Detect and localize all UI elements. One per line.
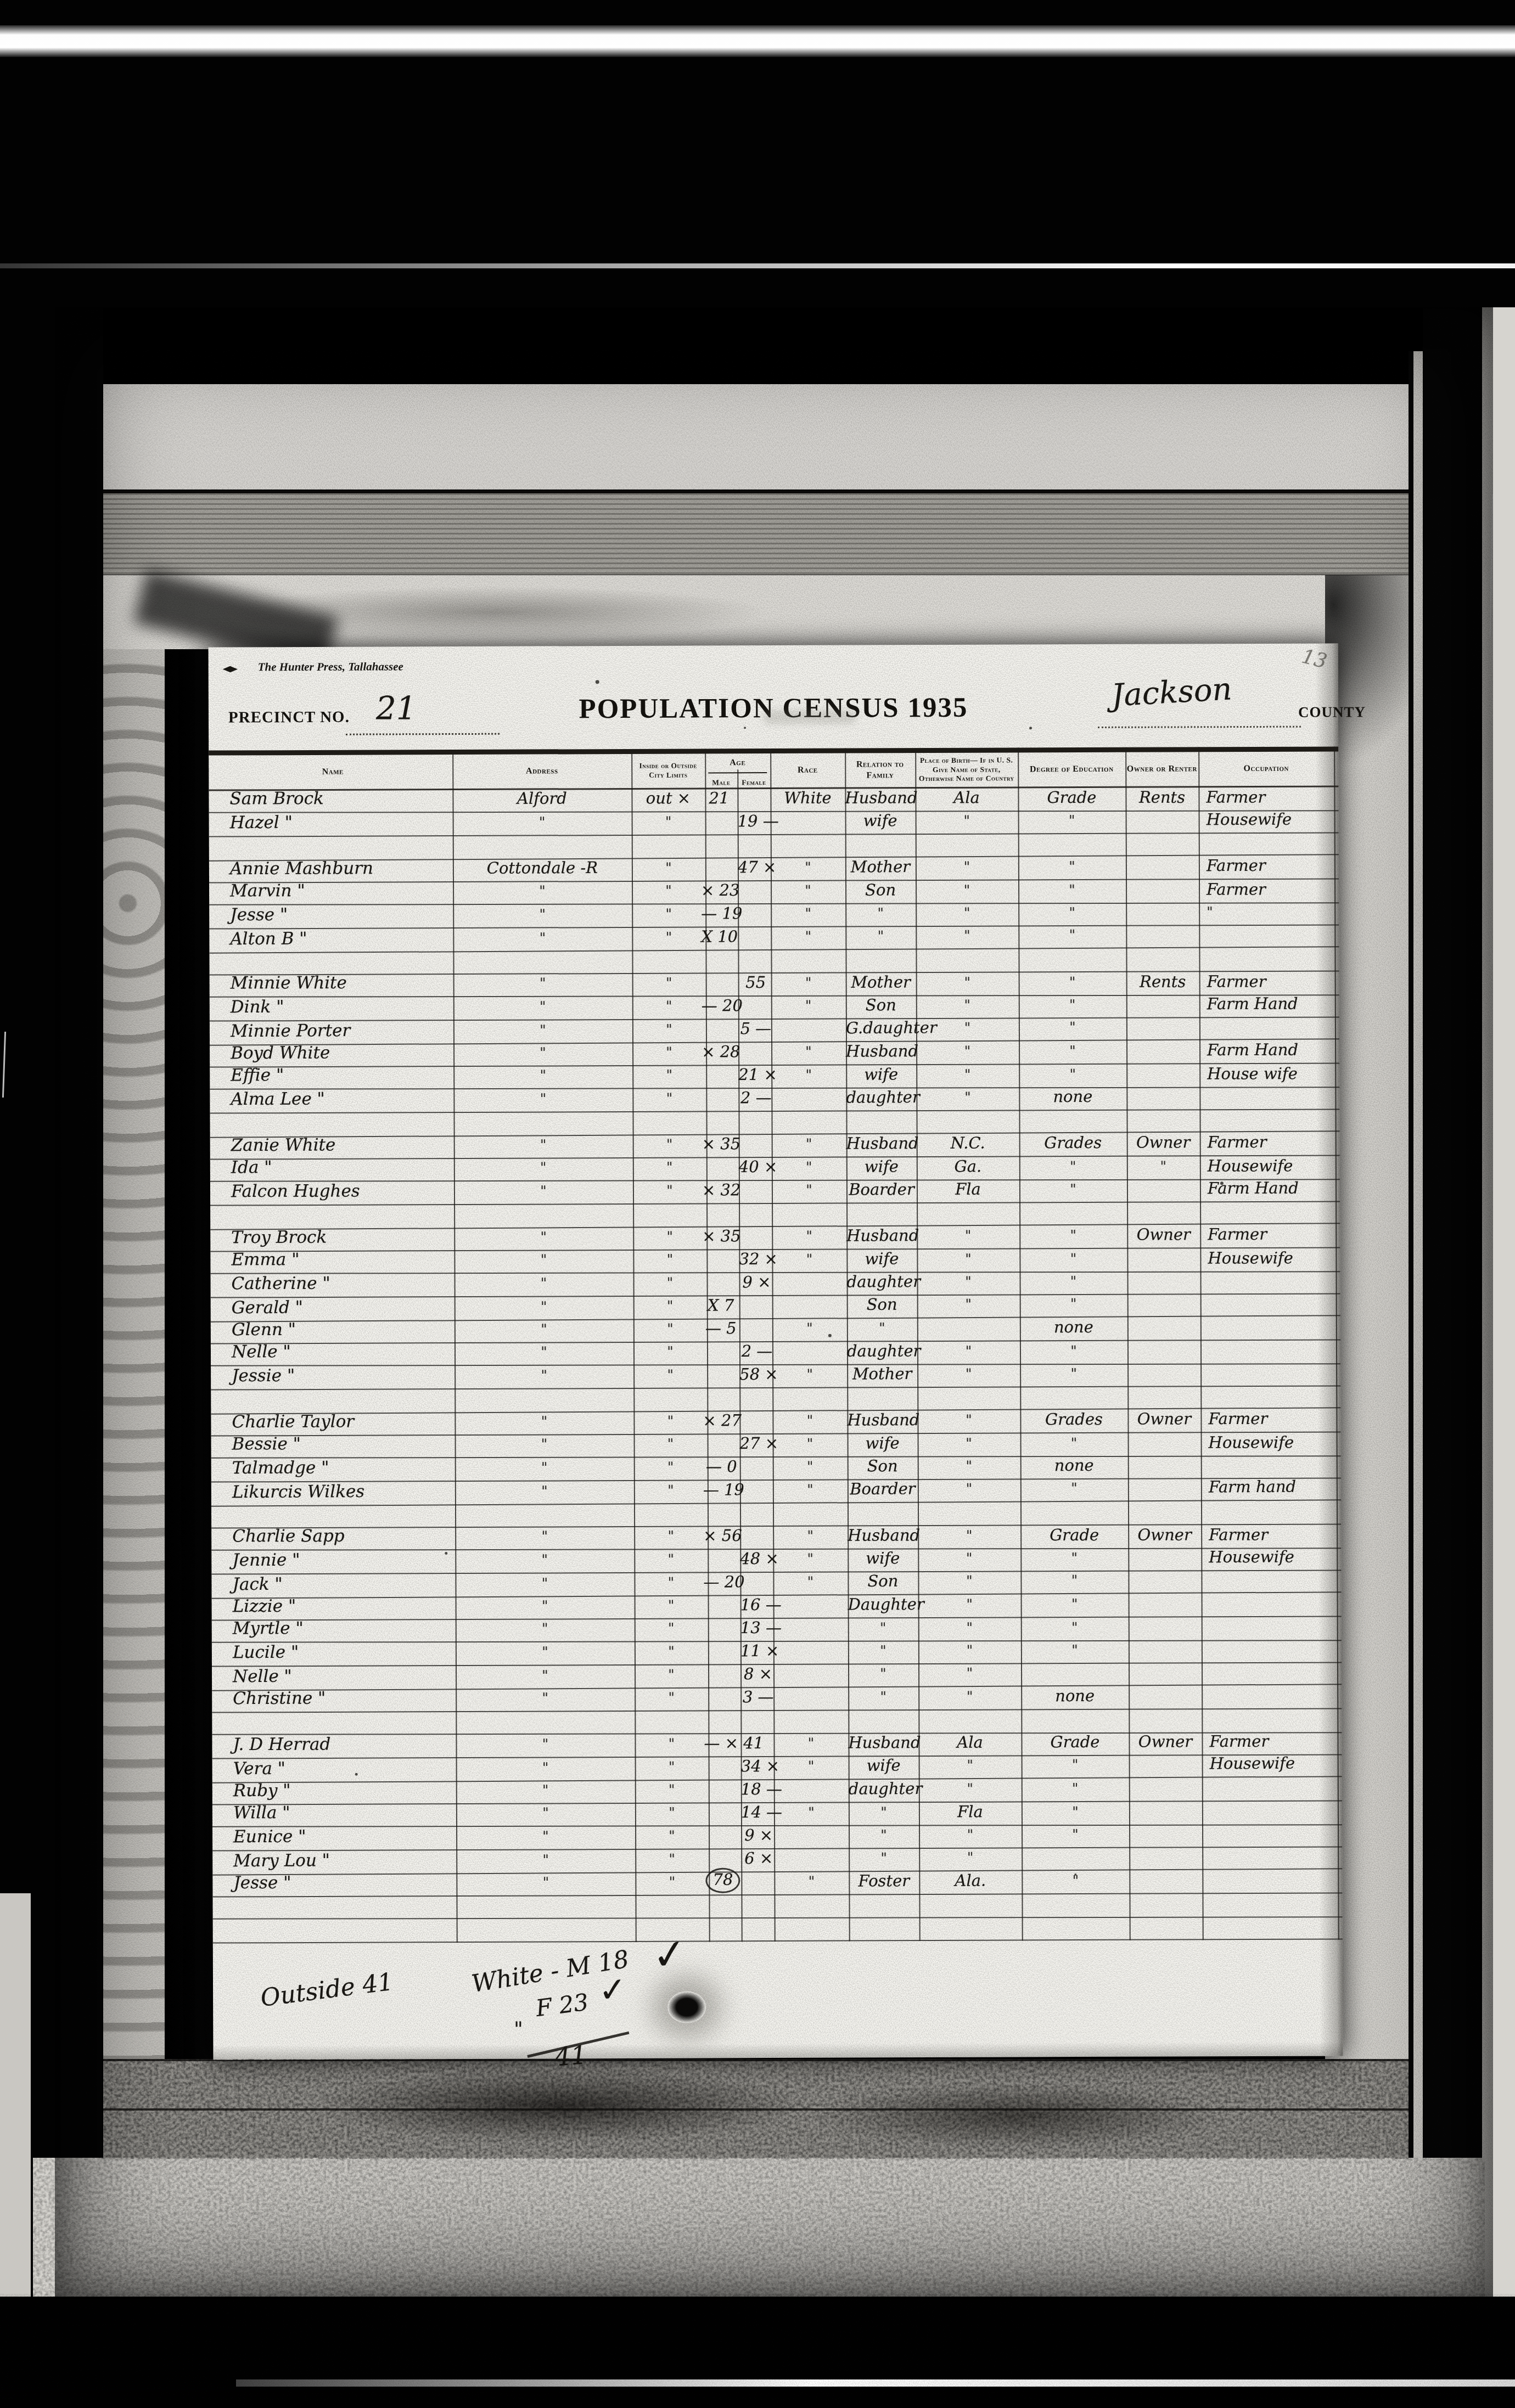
cell-race: " bbox=[771, 905, 845, 921]
cell-address: " bbox=[456, 1759, 635, 1776]
cell-race: White bbox=[770, 789, 845, 807]
cell-relation: wife bbox=[846, 1157, 917, 1175]
column-header-name: Name bbox=[213, 755, 452, 790]
cell-birth: " bbox=[916, 812, 1018, 829]
cell-race: " bbox=[772, 1413, 847, 1428]
cell-race: " bbox=[772, 1320, 847, 1336]
cell-race: " bbox=[771, 998, 846, 1014]
cell-limits: " bbox=[633, 1343, 707, 1359]
cell-birth: " bbox=[918, 1550, 1020, 1566]
cell-birth: " bbox=[916, 858, 1018, 875]
cell-education: " bbox=[1021, 1642, 1129, 1658]
cell-education: " bbox=[1020, 1479, 1128, 1496]
cell-limits: " bbox=[632, 1021, 706, 1038]
cell-relation: " bbox=[849, 1827, 919, 1843]
cell-address: " bbox=[453, 814, 632, 830]
cell-occupation: Farm Hand bbox=[1207, 994, 1298, 1014]
cell-birth: " bbox=[918, 1665, 1021, 1681]
cell-limits: " bbox=[635, 1597, 708, 1613]
column-header-owner: Owner or Renter bbox=[1125, 752, 1198, 786]
cell-limits: " bbox=[635, 1643, 708, 1659]
cell-limits: " bbox=[634, 1459, 708, 1475]
white-female-tally: F 23 bbox=[534, 1989, 590, 2022]
cell-birth: " bbox=[917, 1296, 1020, 1313]
cell-education: " bbox=[1022, 1756, 1129, 1773]
cell-education: " bbox=[1018, 926, 1126, 943]
book-spine-band bbox=[103, 491, 1409, 578]
cell-relation: wife bbox=[846, 1249, 917, 1268]
cell-limits: " bbox=[632, 905, 705, 921]
cell-age_m: × 27 bbox=[703, 1411, 739, 1430]
cell-education: " bbox=[1019, 997, 1126, 1013]
cell-birth: " bbox=[919, 1826, 1022, 1843]
cell-education: " bbox=[1022, 1780, 1129, 1797]
cell-name: Vera " bbox=[233, 1759, 286, 1779]
cell-address: " bbox=[454, 1137, 633, 1153]
blank-row bbox=[213, 1916, 1343, 1943]
census-scan-page: ◆ The Hunter Press, Tallahassee PRECINCT… bbox=[0, 0, 1515, 2408]
cell-birth: " bbox=[916, 927, 1018, 944]
county-label: COUNTY bbox=[1298, 704, 1366, 721]
cell-occupation: Farm Hand bbox=[1207, 1040, 1298, 1060]
cell-name: Jesse " bbox=[230, 905, 288, 925]
film-left-bar bbox=[55, 307, 103, 2297]
cell-education: " bbox=[1019, 1019, 1126, 1035]
cell-address: " bbox=[455, 1482, 634, 1499]
blank-row bbox=[209, 948, 1339, 975]
outside-tally-note: Outside 41 bbox=[259, 1968, 395, 2012]
cell-relation: Boarder bbox=[848, 1479, 918, 1498]
cell-race: " bbox=[773, 1481, 848, 1498]
printer-ornament-icon: ◆ bbox=[223, 663, 238, 674]
cell-relation: Son bbox=[846, 995, 916, 1014]
cell-address: " bbox=[454, 1229, 633, 1245]
book-edge-band bbox=[103, 384, 1409, 490]
cell-relation: wife bbox=[845, 811, 916, 830]
cell-address: " bbox=[453, 998, 632, 1015]
bottom-page-edges-light bbox=[33, 2158, 1485, 2297]
paper-speck bbox=[1029, 727, 1032, 729]
cell-age_f: 27 × bbox=[740, 1434, 775, 1453]
table-row: Marvin """× 23"Son""Farmer bbox=[209, 880, 1339, 905]
cell-birth: " bbox=[918, 1619, 1021, 1635]
column-header-birth: Place of Birth— If in U. S. Give Name of… bbox=[915, 752, 1018, 787]
cell-relation: Daughter bbox=[848, 1595, 918, 1613]
cell-education: " bbox=[1022, 1804, 1129, 1820]
column-header-occupation: Occupation bbox=[1198, 751, 1334, 786]
cell-age_m: × 35 bbox=[702, 1134, 739, 1153]
cell-limits: " bbox=[634, 1482, 708, 1499]
cell-race: " bbox=[771, 1067, 846, 1083]
cell-occupation: Farmer bbox=[1209, 1732, 1269, 1751]
table-header: Name Address Inside or Outside City Limi… bbox=[209, 746, 1338, 791]
cell-address: " bbox=[453, 1090, 632, 1107]
column-header-relation: Relation to Family bbox=[845, 753, 915, 787]
cell-name: Dink " bbox=[231, 997, 284, 1017]
cell-address: " bbox=[454, 1275, 633, 1291]
cell-limits: " bbox=[635, 1873, 709, 1889]
left-page-edge bbox=[103, 649, 165, 2061]
cell-relation: Husband bbox=[848, 1733, 918, 1752]
cell-race: " bbox=[773, 1436, 848, 1451]
cell-relation: wife bbox=[849, 1756, 919, 1775]
cell-birth: " bbox=[916, 997, 1019, 1013]
cell-relation: Foster bbox=[849, 1871, 919, 1890]
cell-limits: " bbox=[632, 1067, 706, 1083]
cell-address: " bbox=[454, 1183, 633, 1199]
cell-age_m: — 20 bbox=[702, 996, 738, 1015]
cell-relation: wife bbox=[846, 1065, 916, 1083]
cell-limits: " bbox=[635, 1851, 709, 1867]
cell-education: " bbox=[1019, 1158, 1127, 1174]
cell-name: Jessie " bbox=[232, 1366, 295, 1386]
cell-education: none bbox=[1019, 1087, 1126, 1106]
cell-limits: " bbox=[633, 1228, 706, 1244]
cell-education: " bbox=[1020, 1343, 1127, 1359]
cell-education: " bbox=[1020, 1572, 1128, 1588]
cell-race: " bbox=[773, 1551, 848, 1567]
cell-race: " bbox=[773, 1735, 848, 1751]
cell-birth: " bbox=[919, 1757, 1022, 1774]
cell-address: " bbox=[453, 1044, 632, 1061]
cell-name: Zanie White bbox=[231, 1135, 336, 1155]
cell-race: " bbox=[774, 1873, 849, 1889]
cell-name: Charlie Sapp bbox=[232, 1526, 344, 1546]
circled-value: 78 bbox=[705, 1868, 740, 1893]
cell-age_f: 6 × bbox=[741, 1849, 776, 1867]
cell-occupation: Farmer bbox=[1207, 856, 1266, 875]
cell-limits: " bbox=[632, 975, 706, 991]
cell-name: Glenn " bbox=[232, 1320, 296, 1340]
cell-education: none bbox=[1021, 1686, 1129, 1706]
cell-birth: Ga. bbox=[917, 1157, 1019, 1175]
film-scratch bbox=[2, 1032, 6, 1098]
table-row: Troy Brock""× 35"Husband""OwnerFarmer bbox=[210, 1225, 1340, 1252]
paper-speck bbox=[1220, 1182, 1224, 1185]
cell-relation: Son bbox=[847, 1295, 917, 1314]
cell-education: " bbox=[1019, 1066, 1126, 1082]
cell-education: " bbox=[1020, 1273, 1127, 1290]
cell-address: " bbox=[456, 1736, 635, 1752]
county-value: Jackson bbox=[1110, 671, 1233, 713]
cell-relation: " bbox=[848, 1642, 918, 1658]
cell-relation: Son bbox=[848, 1456, 918, 1475]
table-row: Zanie White""× 35"HusbandN.C.GradesOwner… bbox=[210, 1133, 1340, 1160]
cell-address: " bbox=[453, 1067, 632, 1083]
cell-education: " bbox=[1018, 882, 1126, 898]
cell-age_f: 21 × bbox=[738, 1065, 773, 1084]
cell-name: Jennie " bbox=[232, 1550, 300, 1570]
cell-relation: Mother bbox=[847, 1364, 917, 1383]
table-row: Jesse """78"FosterAla." bbox=[212, 1870, 1342, 1897]
cell-race: " bbox=[774, 1804, 849, 1820]
table-row: Christine """3 —""none bbox=[212, 1686, 1342, 1713]
cell-address: Cottondale -R bbox=[453, 858, 632, 877]
cell-name: Myrtle " bbox=[233, 1618, 304, 1638]
cell-address: " bbox=[456, 1874, 635, 1891]
cell-name: Bessie " bbox=[232, 1434, 301, 1454]
cell-name: Jack " bbox=[232, 1574, 282, 1595]
cell-age_f: 9 × bbox=[739, 1273, 774, 1291]
cell-age_m: — × 41 bbox=[704, 1734, 740, 1752]
left-bottom-edge bbox=[0, 1893, 31, 2297]
cell-birth: " bbox=[916, 1066, 1019, 1082]
cell-owner: Owner bbox=[1128, 1526, 1201, 1544]
cell-name: Catherine " bbox=[231, 1274, 330, 1294]
cell-birth: N.C. bbox=[917, 1133, 1019, 1152]
cell-age_m: 78 bbox=[704, 1868, 741, 1893]
cell-relation: G.daughter bbox=[846, 1018, 916, 1037]
table-row: Bessie """27 ×"wife""Housewife bbox=[211, 1433, 1341, 1459]
cell-address: " bbox=[455, 1574, 634, 1591]
cell-race: " bbox=[771, 928, 845, 944]
paper-speck bbox=[744, 727, 746, 729]
cell-education: Grade bbox=[1021, 1732, 1129, 1752]
cell-relation: Husband bbox=[846, 1134, 917, 1152]
cell-relation: " bbox=[847, 1320, 917, 1336]
table-row: Minnie White""55"Mother""RentsFarmer bbox=[210, 972, 1339, 998]
cell-address: " bbox=[454, 1298, 633, 1315]
film-white-band bbox=[0, 25, 1515, 57]
column-header-limits: Inside or Outside City Limits bbox=[631, 753, 705, 787]
cell-limits: " bbox=[635, 1781, 709, 1797]
blank-row bbox=[212, 1710, 1342, 1735]
cell-relation: daughter bbox=[847, 1341, 917, 1360]
cell-age_f: 16 — bbox=[740, 1595, 776, 1614]
cell-age_m: — 5 bbox=[703, 1319, 739, 1337]
precinct-value: 21 bbox=[376, 689, 417, 727]
cell-birth: " bbox=[916, 974, 1019, 990]
cell-limits: " bbox=[634, 1436, 708, 1451]
cell-education: " bbox=[1020, 1365, 1127, 1382]
cell-birth: " bbox=[916, 1020, 1019, 1036]
table-row: Ruby """18 —daughter"" bbox=[212, 1778, 1342, 1805]
paper-speck bbox=[355, 1773, 358, 1776]
cell-address: " bbox=[454, 1251, 633, 1268]
cell-limits: " bbox=[632, 998, 706, 1014]
cell-birth: Fla bbox=[917, 1179, 1019, 1199]
cell-age_f: 34 × bbox=[741, 1757, 776, 1775]
cell-name: Alma Lee " bbox=[231, 1089, 325, 1110]
right-frame-sliver bbox=[1413, 351, 1423, 2297]
cell-occupation: Farmer bbox=[1208, 1225, 1267, 1244]
cell-address: " bbox=[453, 1021, 632, 1038]
cell-education: " bbox=[1019, 1251, 1127, 1267]
cell-address: " bbox=[455, 1459, 634, 1476]
county-underline bbox=[1098, 726, 1301, 728]
cell-relation: Husband bbox=[846, 1226, 917, 1245]
cell-education: none bbox=[1020, 1456, 1128, 1475]
cell-age_m: — 19 bbox=[701, 904, 738, 922]
census-form: ◆ The Hunter Press, Tallahassee PRECINCT… bbox=[209, 643, 1343, 2060]
cell-name: Willa " bbox=[233, 1803, 290, 1822]
cell-owner: Owner bbox=[1127, 1133, 1200, 1151]
table-row: Emma """32 ×"wife""Housewife bbox=[210, 1249, 1340, 1274]
table-row: Lizzie """16 —Daughter"" bbox=[212, 1594, 1342, 1621]
cell-education: " bbox=[1018, 812, 1126, 829]
cell-address: " bbox=[453, 975, 632, 991]
cell-limits: " bbox=[635, 1827, 709, 1843]
cell-address: " bbox=[456, 1690, 635, 1706]
cell-address: " bbox=[456, 1597, 635, 1614]
table-row: Willa """14 —""Fla" bbox=[212, 1802, 1342, 1827]
cell-address: " bbox=[456, 1782, 635, 1798]
cell-age_f: 55 bbox=[738, 973, 773, 992]
film-right-edge bbox=[1482, 307, 1515, 2297]
column-header-education: Degree of Education bbox=[1018, 752, 1125, 787]
cell-race: " bbox=[773, 1528, 848, 1544]
cell-race: " bbox=[773, 1459, 848, 1475]
cell-occupation: Farmer bbox=[1208, 1409, 1267, 1428]
table-row: Annie MashburnCottondale -R"47 ×"Mother"… bbox=[209, 856, 1339, 883]
cell-address: " bbox=[456, 1828, 635, 1844]
cell-name: Alton B " bbox=[230, 929, 307, 949]
cell-address: " bbox=[456, 1804, 635, 1821]
cell-name: Marvin " bbox=[230, 881, 305, 901]
cell-birth: " bbox=[916, 904, 1018, 921]
cell-birth: " bbox=[916, 1089, 1019, 1105]
table-row: Sam BrockAlfordout ×21WhiteHusbandAlaGra… bbox=[209, 788, 1338, 813]
cell-occupation: Housewife bbox=[1208, 1156, 1293, 1175]
cell-name: Jesse " bbox=[233, 1873, 291, 1893]
cell-age_f: 32 × bbox=[739, 1250, 774, 1268]
bottom-page-edges bbox=[103, 2059, 1409, 2160]
cell-relation: " bbox=[845, 905, 916, 921]
cell-race: " bbox=[772, 1182, 846, 1198]
cell-occupation: Farmer bbox=[1206, 787, 1265, 806]
cell-relation: Son bbox=[845, 880, 916, 899]
cell-limits: " bbox=[633, 1413, 707, 1428]
cell-race: " bbox=[771, 1044, 846, 1060]
cell-address: " bbox=[456, 1620, 635, 1636]
cell-address: " bbox=[456, 1851, 635, 1868]
cell-education: " bbox=[1018, 904, 1126, 921]
cell-relation: Boarder bbox=[846, 1180, 917, 1199]
cell-relation: Husband bbox=[847, 1410, 917, 1429]
cell-education: Grade bbox=[1018, 788, 1125, 807]
cell-birth: " bbox=[918, 1458, 1020, 1474]
cell-limits: " bbox=[635, 1759, 709, 1775]
cell-address: Alford bbox=[452, 789, 631, 808]
cell-age_f: 18 — bbox=[741, 1780, 776, 1798]
smudge bbox=[763, 710, 856, 724]
cell-limits: " bbox=[632, 1090, 706, 1106]
cell-race: " bbox=[772, 1136, 846, 1152]
precinct-underline bbox=[346, 733, 500, 735]
cell-education: Grades bbox=[1019, 1133, 1127, 1152]
cell-limits: out × bbox=[631, 789, 705, 807]
cell-race: " bbox=[771, 859, 845, 875]
cell-age_f: 58 × bbox=[739, 1365, 775, 1383]
right-frame-line bbox=[1409, 351, 1413, 2297]
cell-race: " bbox=[774, 1758, 849, 1774]
cell-owner: Owner bbox=[1127, 1225, 1200, 1244]
cell-limits: " bbox=[633, 1274, 707, 1290]
cell-age_m: — 19 bbox=[703, 1480, 740, 1499]
cell-name: J. D Herrad bbox=[233, 1735, 330, 1755]
cell-age_f: 47 × bbox=[738, 858, 773, 876]
cell-name: Talmadge " bbox=[232, 1458, 329, 1478]
printer-mark: The Hunter Press, Tallahassee bbox=[258, 660, 403, 674]
film-right-bar bbox=[1423, 307, 1482, 2297]
cell-address: " bbox=[453, 929, 632, 946]
cell-race: " bbox=[773, 1573, 848, 1590]
cell-race: " bbox=[772, 1366, 847, 1382]
cell-birth: " bbox=[918, 1527, 1020, 1543]
cell-education: Grade bbox=[1020, 1526, 1128, 1544]
cell-relation: wife bbox=[848, 1433, 918, 1452]
cell-age_m: — 0 bbox=[703, 1457, 740, 1476]
cell-birth: " bbox=[917, 1411, 1020, 1428]
cell-occupation: Housewife bbox=[1209, 1433, 1294, 1451]
cell-limits: " bbox=[633, 1159, 706, 1175]
table-body: Sam BrockAlfordout ×21WhiteHusbandAlaGra… bbox=[209, 787, 1342, 1943]
cell-limits: " bbox=[632, 1044, 706, 1060]
cell-education: " bbox=[1019, 1181, 1127, 1197]
cell-limits: " bbox=[633, 1298, 707, 1314]
cell-birth: " bbox=[919, 1780, 1022, 1797]
cell-age_m: × 56 bbox=[703, 1526, 740, 1545]
cell-name: Effie " bbox=[231, 1065, 284, 1085]
cell-birth: " bbox=[918, 1435, 1020, 1451]
cell-birth: " bbox=[919, 1849, 1022, 1866]
cell-owner: Rents bbox=[1126, 972, 1199, 991]
cell-address: " bbox=[454, 1159, 633, 1175]
cell-age_m: 21 bbox=[700, 789, 737, 807]
cell-age_f: 48 × bbox=[740, 1549, 775, 1568]
cell-age_f: 40 × bbox=[739, 1157, 774, 1176]
cell-name: Sam Brock bbox=[229, 789, 323, 808]
cell-limits: " bbox=[632, 813, 705, 829]
cell-birth: " bbox=[918, 1573, 1020, 1589]
tally-total: 41 bbox=[554, 2040, 588, 2072]
cell-name: Falcon Hughes bbox=[231, 1181, 360, 1201]
cell-relation: Son bbox=[848, 1571, 918, 1590]
cell-name: Ruby " bbox=[233, 1781, 291, 1801]
cell-occupation: House wife bbox=[1207, 1064, 1298, 1083]
cell-race: " bbox=[772, 1159, 846, 1175]
cell-age_f: 3 — bbox=[740, 1687, 776, 1706]
cell-birth: " bbox=[916, 1043, 1019, 1059]
cell-race: " bbox=[771, 975, 846, 991]
cell-limits: " bbox=[633, 1136, 706, 1152]
cell-age_m: × 23 bbox=[701, 881, 738, 899]
cell-age_m: — 20 bbox=[703, 1572, 740, 1591]
cell-birth: " bbox=[917, 1251, 1019, 1267]
cell-education: " bbox=[1019, 1227, 1127, 1244]
cell-address: " bbox=[454, 1413, 633, 1430]
precinct-label: PRECINCT NO. bbox=[228, 708, 350, 727]
cell-age_m: × 32 bbox=[702, 1180, 739, 1199]
cell-name: Mary Lou " bbox=[233, 1850, 330, 1871]
cell-owner: Owner bbox=[1129, 1732, 1202, 1751]
cell-name: Minnie Porter bbox=[231, 1021, 351, 1041]
blank-row bbox=[212, 1894, 1342, 1920]
table-row: Nelle """2 —daughter"" bbox=[211, 1341, 1340, 1366]
cell-occupation: Farmer bbox=[1207, 972, 1266, 991]
cell-education: Grades bbox=[1020, 1410, 1127, 1429]
checkmark-icon: ✓ bbox=[649, 1928, 689, 1981]
cell-age_f: 2 — bbox=[738, 1088, 773, 1107]
cell-limits: " bbox=[634, 1528, 708, 1544]
cell-age_f: 11 × bbox=[740, 1641, 776, 1660]
cell-age_f: 14 — bbox=[741, 1803, 776, 1821]
checkmark-icon: ✓ bbox=[597, 1968, 628, 2011]
cell-relation: " bbox=[845, 928, 916, 944]
cell-relation: daughter bbox=[849, 1779, 919, 1798]
cell-name: Lucile " bbox=[233, 1642, 299, 1662]
cell-relation: " bbox=[848, 1689, 918, 1704]
